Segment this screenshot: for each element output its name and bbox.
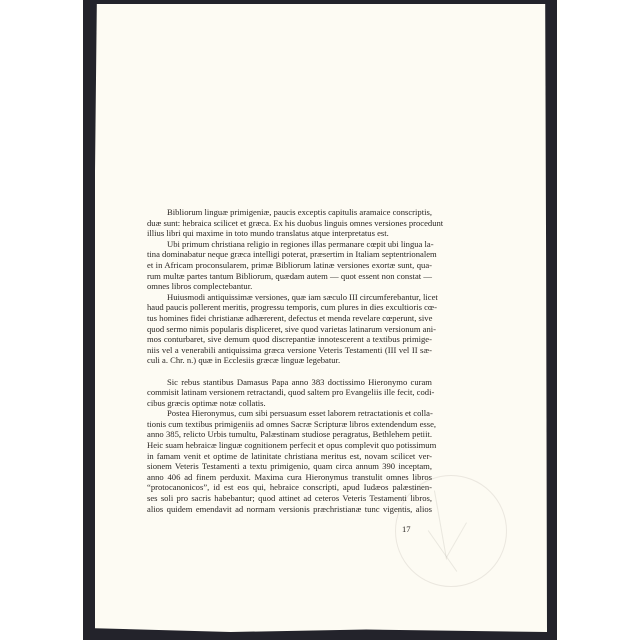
text-line: Ubi primum christiana religio in regione…: [147, 239, 432, 250]
paragraph-2: Ubi primum christiana religio in regione…: [147, 239, 432, 292]
text-line: tionis cum textibus primigeniis ad omnes…: [147, 419, 432, 430]
text-line: cibus græcis optimæ notæ collatis.: [147, 398, 432, 409]
text-line: culi a. Chr. n.) quæ in Ecclesiis græcæ …: [147, 355, 432, 366]
text-line: alios quidem emendavit ad normam version…: [147, 504, 432, 515]
text-line: et in Africam proconsularem, primæ Bibli…: [147, 260, 432, 271]
text-line: tus homines fidei christianæ adhærerent,…: [147, 313, 432, 324]
text-line: niis vel a venerabili antiquissima græca…: [147, 345, 432, 356]
paragraph-5: Postea Hieronymus, cum sibi persuasum es…: [147, 408, 432, 514]
text-line: Huiusmodi antiquissimæ versiones, quæ ia…: [147, 292, 432, 303]
scan-stage: Bibliorum linguæ primigeniæ, paucis exce…: [0, 0, 640, 640]
text-line: Postea Hieronymus, cum sibi persuasum es…: [147, 408, 432, 419]
text-line: Bibliorum linguæ primigeniæ, paucis exce…: [147, 207, 432, 218]
body-text: Bibliorum linguæ primigeniæ, paucis exce…: [147, 207, 432, 514]
paragraph-4: Sic rebus stantibus Damasus Papa anno 38…: [147, 377, 432, 409]
text-line: duæ sunt: hebraica scilicet et græca. Ex…: [147, 218, 432, 229]
text-line: tina dominabatur neque græca intelligi p…: [147, 249, 432, 260]
text-line: anno 406 ad finem perduxit. Maxima cura …: [147, 472, 432, 483]
page-number: 17: [402, 524, 411, 534]
paragraph-3: Huiusmodi antiquissimæ versiones, quæ ia…: [147, 292, 432, 366]
text-line: in famam venit et optime de latinitate c…: [147, 451, 432, 462]
text-line: anno 385, relicto Urbis tumultu, Palæsti…: [147, 429, 432, 440]
text-line: “protocanonicos”, id est eos qui, hebrai…: [147, 482, 432, 493]
text-line: Heic suam hebraicæ linguæ cognitionem pe…: [147, 440, 432, 451]
watermark-stroke: [446, 522, 467, 557]
text-line: Sic rebus stantibus Damasus Papa anno 38…: [147, 377, 432, 388]
text-line: sionem Veteris Testamenti a textu primig…: [147, 461, 432, 472]
text-line: omnes libros complectebantur.: [147, 281, 432, 292]
paragraph-1: Bibliorum linguæ primigeniæ, paucis exce…: [147, 207, 432, 239]
text-line: commisit latinam versionem retractandi, …: [147, 387, 432, 398]
text-line: illius libri qui maxime in toto mundo tr…: [147, 228, 432, 239]
section-gap: [147, 366, 432, 377]
text-line: mos conturbaret, sive demum quod discrep…: [147, 334, 432, 345]
text-line: haud paucis pollerent meritis, progressu…: [147, 302, 432, 313]
text-line: rum multæ partes tantum Bibliorum, quæda…: [147, 271, 432, 282]
text-line: quod sermo nimis popularis displiceret, …: [147, 324, 432, 335]
text-line: ses soli pro sacris habebantur; quod att…: [147, 493, 432, 504]
